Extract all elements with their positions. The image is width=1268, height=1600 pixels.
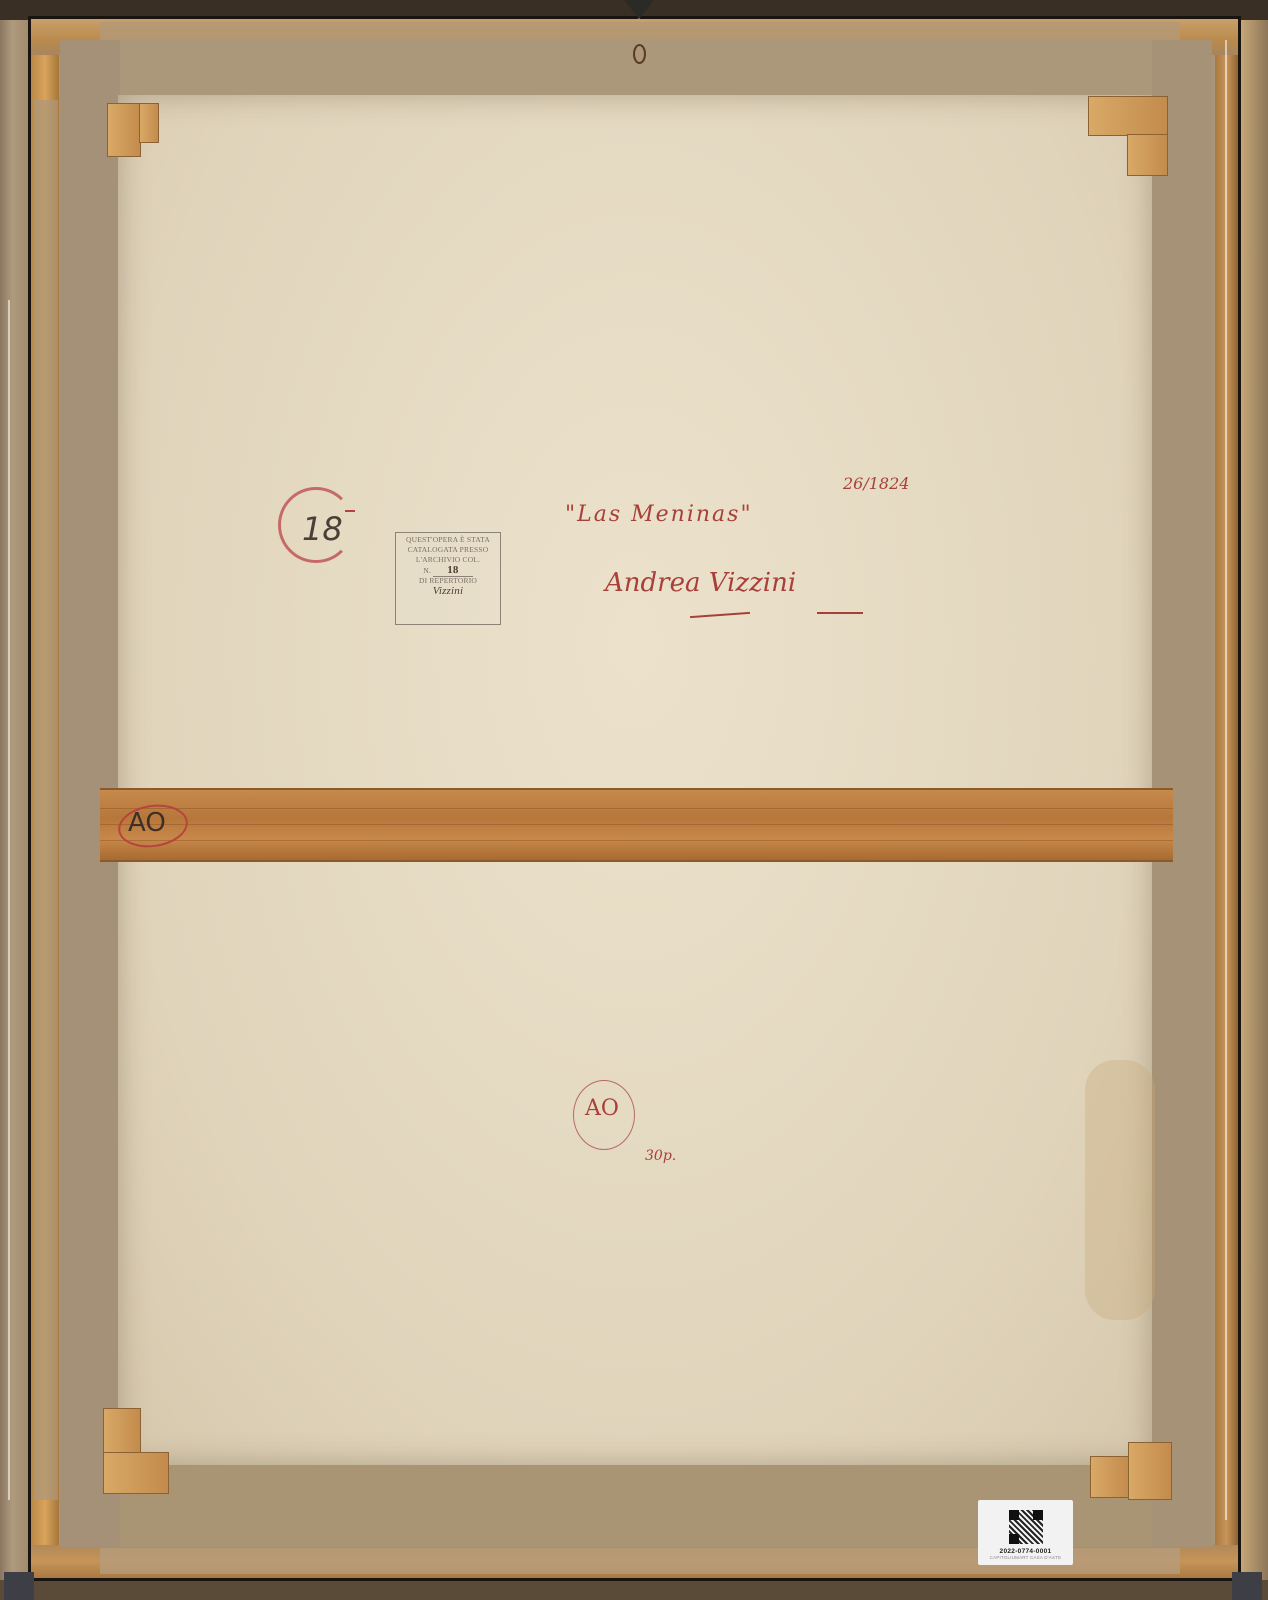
frame-rabbet-right	[1238, 18, 1241, 1580]
frame-edge-bottom	[0, 1580, 1268, 1600]
corner-key-bottom-right-2	[1128, 1442, 1172, 1500]
inventory-label: 2022-0774-0001 CAPITOLIUMART CASA D'ASTE	[978, 1500, 1073, 1565]
dash-mark	[345, 510, 355, 512]
stamp-line-1: QUEST'OPERA È STATA	[396, 535, 500, 545]
corner-key-top-left	[107, 103, 141, 157]
center-ao-mark: AO	[585, 1096, 619, 1121]
artist-signature: Andrea Vizzini	[605, 568, 796, 598]
paper-tape-left	[34, 100, 58, 1500]
archive-stamp: QUEST'OPERA È STATA CATALOGATA PRESSO L'…	[395, 532, 501, 625]
frame-rabbet-bottom	[28, 1578, 1241, 1581]
date-inscription: 26/1824	[843, 474, 909, 493]
crossbar-ao-mark: AO	[128, 808, 166, 838]
frame-rabbet-top	[28, 16, 1241, 19]
stretcher-crossbar	[100, 788, 1173, 862]
painting-title-inscription: "Las Meninas"	[565, 502, 753, 527]
stamp-number-row: N. 18	[396, 565, 500, 576]
inventory-code: 2022-0774-0001	[978, 1548, 1073, 1555]
corner-patch-bottom-left	[4, 1572, 34, 1600]
corner-key-top-right	[1088, 96, 1168, 136]
corner-key-bottom-left-2	[103, 1452, 169, 1494]
plastic-film-right	[1225, 40, 1237, 1520]
ring-hook-icon	[633, 44, 646, 64]
corner-key-bottom-right	[1090, 1456, 1130, 1498]
plastic-film-left	[8, 300, 20, 1500]
center-note: 30p.	[645, 1148, 676, 1164]
frame-rabbet-left	[28, 18, 31, 1580]
corner-patch-bottom-right	[1232, 1572, 1262, 1600]
stamp-signature: Vizzini	[396, 586, 500, 596]
signature-underline-2	[817, 612, 863, 614]
corner-key-top-right-2	[1127, 134, 1168, 176]
inventory-subtext: CAPITOLIUMART CASA D'ASTE	[978, 1555, 1073, 1560]
qr-code-icon	[1009, 1510, 1043, 1544]
stamp-line-2: CATALOGATA PRESSO	[396, 545, 500, 555]
canvas-back	[118, 95, 1152, 1465]
corner-key-bottom-left	[103, 1408, 141, 1454]
corner-key-top-left-2	[139, 103, 159, 143]
stamp-number-label: N.	[423, 566, 431, 575]
circled-number: 18	[302, 510, 343, 548]
canvas-stain	[1085, 1060, 1155, 1320]
